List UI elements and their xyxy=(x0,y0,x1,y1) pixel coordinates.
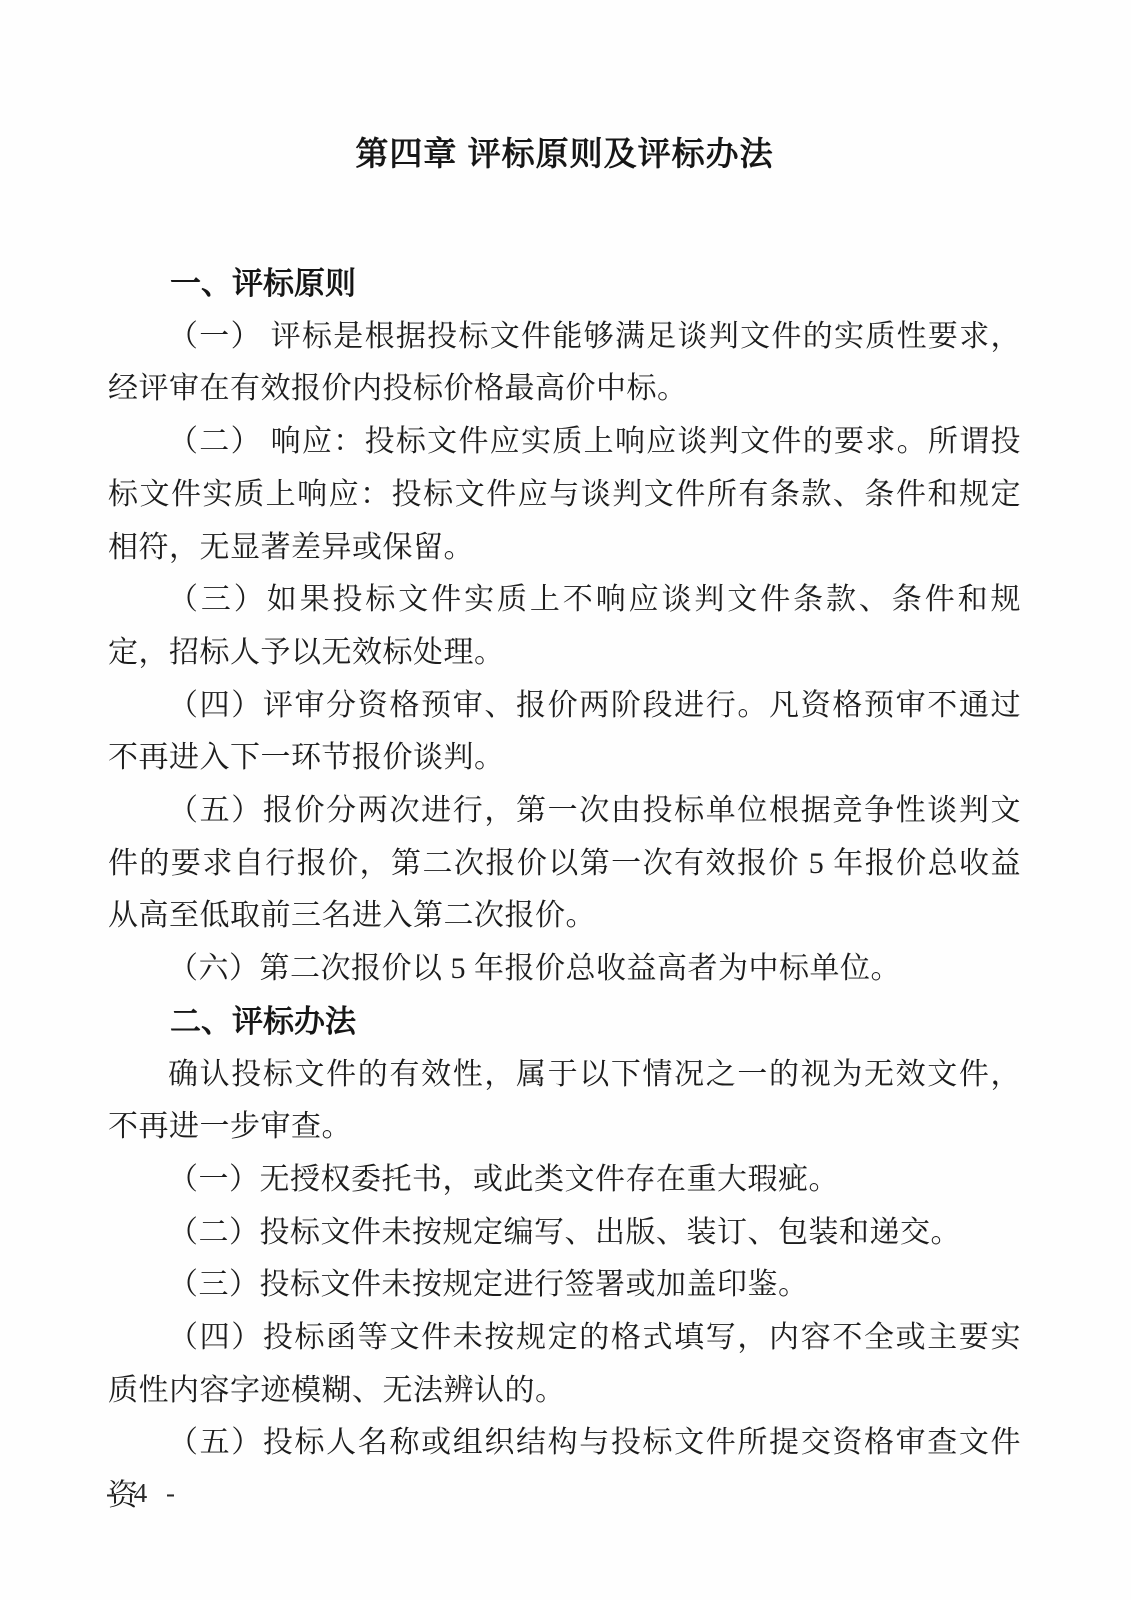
chapter-title: 第四章 评标原则及评标办法 xyxy=(108,130,1021,178)
section-heading: 二、评标办法 xyxy=(108,996,1021,1049)
body-paragraph: 确认投标文件的有效性，属于以下情况之一的视为无效文件，不再进一步审查。 xyxy=(108,1049,1021,1154)
document-body: 一、评标原则（一） 评标是根据投标文件能够满足谈判文件的实质性要求，经评审在有效… xyxy=(108,258,1021,1523)
body-paragraph: （六）第二次报价以 5 年报价总收益高者为中标单位。 xyxy=(108,943,1021,996)
page-number: - 4 - xyxy=(106,1478,181,1509)
body-paragraph: （四）评审分资格预审、报价两阶段进行。凡资格预审不通过不再进入下一环节报价谈判。 xyxy=(108,680,1021,785)
section-heading: 一、评标原则 xyxy=(108,258,1021,311)
body-paragraph: （五）投标人名称或组织结构与投标文件所提交资格审查文件资 xyxy=(108,1417,1021,1522)
body-paragraph: （一）无授权委托书，或此类文件存在重大瑕疵。 xyxy=(108,1154,1021,1207)
body-paragraph: （五）报价分两次进行，第一次由投标单位根据竞争性谈判文件的要求自行报价，第二次报… xyxy=(108,785,1021,943)
body-paragraph: （二）投标文件未按规定编写、出版、装订、包装和递交。 xyxy=(108,1207,1021,1260)
body-paragraph: （二） 响应：投标文件应实质上响应谈判文件的要求。所谓投标文件实质上响应：投标文… xyxy=(108,416,1021,574)
body-paragraph: （四）投标函等文件未按规定的格式填写，内容不全或主要实质性内容字迹模糊、无法辨认… xyxy=(108,1312,1021,1417)
document-page: 第四章 评标原则及评标办法 一、评标原则（一） 评标是根据投标文件能够满足谈判文… xyxy=(0,0,1131,1600)
body-paragraph: （三）投标文件未按规定进行签署或加盖印鉴。 xyxy=(108,1259,1021,1312)
body-paragraph: （一） 评标是根据投标文件能够满足谈判文件的实质性要求，经评审在有效报价内投标价… xyxy=(108,311,1021,416)
body-paragraph: （三）如果投标文件实质上不响应谈判文件条款、条件和规定，招标人予以无效标处理。 xyxy=(108,574,1021,679)
